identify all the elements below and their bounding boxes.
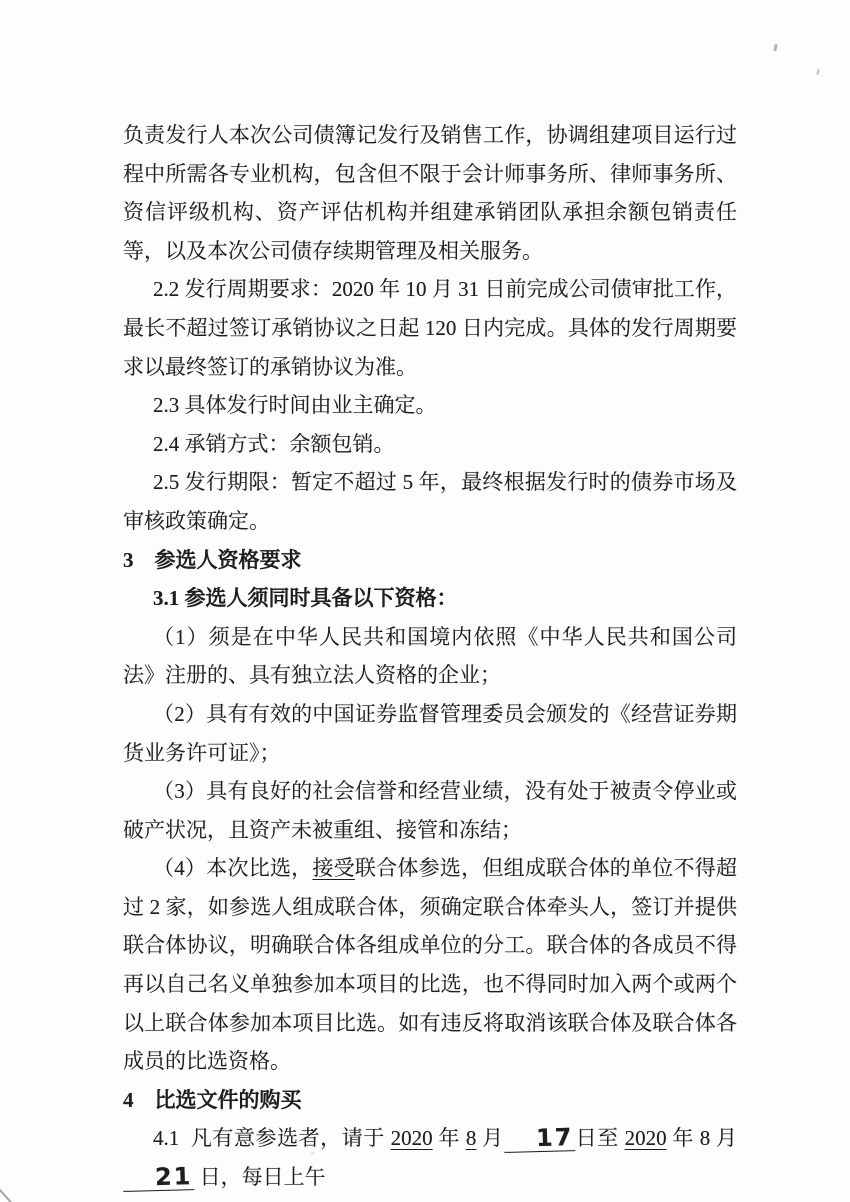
text-run: （1）须是在中华人民共和国境内依照《中华人民共和国公司法》注册的、具有独立法人资…	[123, 625, 737, 688]
qualification-item-3: （3）具有良好的社会信誉和经营业绩，没有处于被责令停业或破产状况，且资产未被重组…	[123, 772, 737, 849]
section-2-4: 2.4 承销方式：余额包销。	[123, 425, 737, 464]
section-4-1: 4.1 凡有意参选者，请于 2020 年 8 月17日至 2020 年 8 月 …	[123, 1119, 737, 1196]
underlined-text: 2020	[625, 1126, 667, 1150]
text-run: 年	[433, 1126, 466, 1150]
scan-corner-line	[0, 1182, 14, 1202]
text-run: 2.2 发行周期要求：2020 年 10 月 31 日前完成公司债审批工作，最长…	[123, 277, 737, 378]
qualification-item-2: （2）具有有效的中国证券监督管理委员会颁发的《经营证券期货业务许可证》；	[123, 695, 737, 772]
document-page: 负责发行人本次公司债簿记发行及销售工作，协调组建项目运行过程中所需各专业机构，包…	[0, 0, 850, 1202]
text-run: 2.5 发行期限：暂定不超过 5 年，最终根据发行时的债券市场及审核政策确定。	[123, 470, 737, 533]
section-4-heading: 4 比选文件的购买	[123, 1081, 737, 1120]
text-run: 月	[476, 1126, 503, 1150]
section-2-5: 2.5 发行期限：暂定不超过 5 年，最终根据发行时的债券市场及审核政策确定。	[123, 463, 737, 540]
handwritten-date-value: 17	[503, 1125, 575, 1154]
text-run: 日，每日上午	[194, 1165, 325, 1189]
text-run: （4）本次比选，	[153, 856, 312, 880]
text-run: 联合体参选，但组成联合体的单位不得超过 2 家，如参选人组成联合体，须确定联合体…	[123, 856, 737, 1073]
document-body: 负责发行人本次公司债簿记发行及销售工作，协调组建项目运行过程中所需各专业机构，包…	[123, 116, 737, 1197]
qualification-item-1: （1）须是在中华人民共和国境内依照《中华人民共和国公司法》注册的、具有独立法人资…	[123, 618, 737, 695]
underlined-text: 2020	[391, 1126, 433, 1150]
text-run: 4.1 凡有意参选者，请于	[153, 1126, 391, 1150]
section-2-3: 2.3 具体发行时间由业主确定。	[123, 386, 737, 425]
text-run: （3）具有良好的社会信誉和经营业绩，没有处于被责令停业或破产状况，且资产未被重组…	[123, 779, 737, 842]
scan-speck	[773, 44, 778, 52]
underlined-text: 接受	[312, 856, 354, 880]
text-run: 3 参选人资格要求	[123, 548, 302, 572]
qualification-item-4: （4）本次比选，接受联合体参选，但组成联合体的单位不得超过 2 家，如参选人组成…	[123, 849, 737, 1081]
text-run: 4 比选文件的购买	[123, 1088, 302, 1112]
text-run: 2.3 具体发行时间由业主确定。	[153, 393, 437, 417]
handwritten-date-value: 21	[123, 1163, 195, 1192]
underlined-text: 8	[466, 1126, 477, 1150]
text-run: 2.4 承销方式：余额包销。	[153, 432, 395, 456]
scan-speck	[310, 1152, 315, 1155]
section-3-1: 3.1 参选人须同时具备以下资格：	[123, 579, 737, 618]
section-3-heading: 3 参选人资格要求	[123, 541, 737, 580]
text-run: （2）具有有效的中国证券监督管理委员会颁发的《经营证券期货业务许可证》；	[123, 702, 737, 765]
scan-speck	[816, 69, 820, 75]
paragraph-continuation: 负责发行人本次公司债簿记发行及销售工作，协调组建项目运行过程中所需各专业机构，包…	[123, 116, 737, 270]
text-run: 负责发行人本次公司债簿记发行及销售工作，协调组建项目运行过程中所需各专业机构，包…	[123, 123, 737, 263]
section-2-2: 2.2 发行周期要求：2020 年 10 月 31 日前完成公司债审批工作，最长…	[123, 270, 737, 386]
text-run: 日至	[575, 1126, 624, 1150]
text-run: 年 8 月	[667, 1126, 743, 1150]
text-run: 3.1 参选人须同时具备以下资格：	[153, 586, 458, 610]
